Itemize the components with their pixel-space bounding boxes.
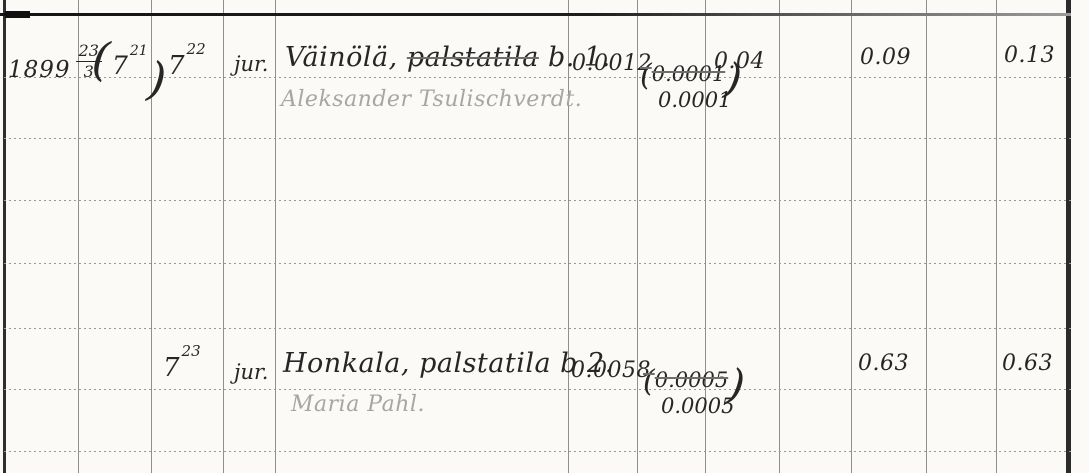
estate-name: Väinölä, palstatila b. 1. xyxy=(285,42,611,73)
paren-open: ( xyxy=(643,364,655,399)
prior-number-cell: ( 7 21 ) xyxy=(92,36,166,102)
tax-value-3: 0.63 xyxy=(1002,351,1053,376)
column-line xyxy=(275,0,276,473)
category-cell: jur. xyxy=(234,360,268,384)
register-number: 7 xyxy=(168,53,185,79)
tax-value-2: 0.63 xyxy=(858,351,909,376)
estate-name-part1: Väinölä, xyxy=(285,42,398,73)
column-line xyxy=(851,0,852,473)
date-year: 1899 xyxy=(8,57,71,83)
prior-number: 7 xyxy=(112,53,128,78)
header-rule-start-mark xyxy=(5,11,30,18)
paren-open: ( xyxy=(90,35,111,82)
column-line xyxy=(926,0,927,473)
register-number: 7 xyxy=(163,355,180,381)
row-guide-line xyxy=(4,200,1071,201)
column-line xyxy=(223,0,224,473)
date-cell: 1899 23 3 xyxy=(8,42,102,83)
tax-value-3: 0.13 xyxy=(1004,43,1055,68)
area-value: 0.0058 xyxy=(571,358,651,383)
row-guide-line xyxy=(4,389,1071,390)
area-corrected-value: 0.0001 xyxy=(658,90,731,111)
header-rule xyxy=(0,13,1071,16)
paren-open: ( xyxy=(640,58,652,93)
tax-value-1: 0.04 xyxy=(714,49,765,74)
category-cell: jur. xyxy=(234,52,268,76)
column-line xyxy=(779,0,780,473)
column-line xyxy=(996,0,997,473)
area-corrected-value: 0.0005 xyxy=(661,396,734,417)
area-correction-group: (0.0005) 0.0005 xyxy=(643,352,745,397)
area-struck: (0.0005) xyxy=(643,372,745,391)
estate-name: Honkala, palstatila b 2. xyxy=(283,348,614,379)
register-number-sup: 23 xyxy=(182,344,201,359)
table-border-left xyxy=(3,0,6,473)
register-number-cell: 7 22 xyxy=(168,40,206,79)
ledger-page: 1899 23 3 ( 7 21 ) 7 22 jur. Väinölä, pa… xyxy=(0,0,1089,473)
register-number-cell: 7 23 xyxy=(163,342,201,381)
tax-value-2: 0.09 xyxy=(860,45,911,70)
estate-name-struck: palstatila xyxy=(407,42,539,73)
row-guide-line xyxy=(4,263,1071,264)
prior-number-sup: 21 xyxy=(130,44,148,58)
paren-close: ) xyxy=(145,55,168,103)
estate-name-part1: Honkala, xyxy=(283,348,410,379)
table-border-right xyxy=(1066,0,1071,473)
row-guide-line xyxy=(4,138,1071,139)
row-guide-line xyxy=(4,328,1071,329)
owner-name-pencil: Aleksander Tsulischverdt. xyxy=(281,87,582,112)
row-guide-line xyxy=(4,451,1071,452)
area-struck-value: 0.0005 xyxy=(655,368,728,392)
owner-name-pencil: Maria Pahl. xyxy=(291,392,425,417)
register-number-sup: 22 xyxy=(187,42,206,57)
